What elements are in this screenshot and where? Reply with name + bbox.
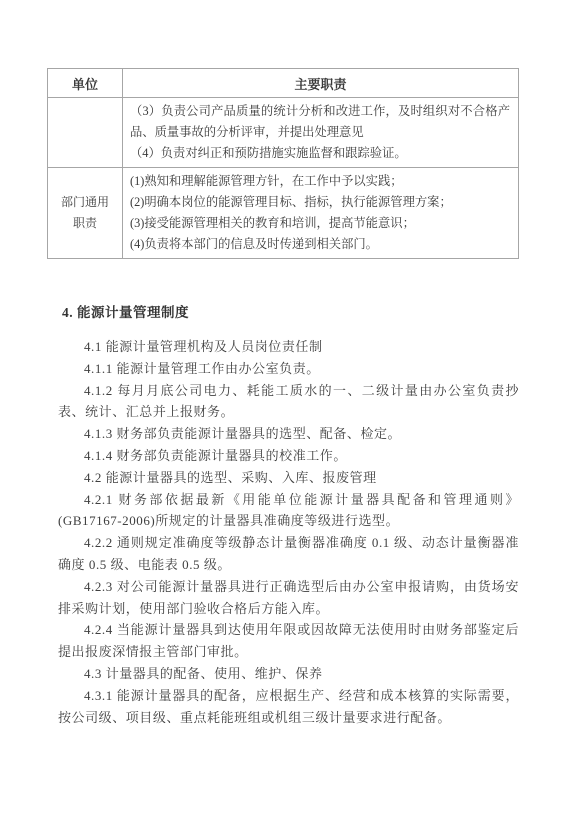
col-header-main-duties: 主要职责	[123, 69, 519, 98]
paragraph: 4.1 能源计量管理机构及人员岗位责任制	[58, 336, 519, 358]
table-row: 部门通用职责 (1)熟知和理解能源管理方针，在工作中予以实践； (2)明确本岗位…	[48, 168, 519, 259]
duty-item: (3)接受能源管理相关的教育和培训，提高节能意识；	[130, 213, 510, 234]
duty-item: （3）负责公司产品质量的统计分析和改进工作，及时组织对不合格产品、质量事故的分析…	[130, 101, 510, 143]
paragraph: 4.1.2 每月月底公司电力、耗能工质水的一、二级计量由办公室负责抄表、统计、汇…	[58, 380, 519, 424]
table-row: （3）负责公司产品质量的统计分析和改进工作，及时组织对不合格产品、质量事故的分析…	[48, 98, 519, 168]
unit-cell-empty	[48, 98, 123, 168]
duties-cell: （3）负责公司产品质量的统计分析和改进工作，及时组织对不合格产品、质量事故的分析…	[123, 98, 519, 168]
paragraph: 4.2.2 通则规定准确度等级静态计量衡器准确度 0.1 级、动态计量衡器准确度…	[58, 532, 519, 576]
col-header-unit: 单位	[48, 69, 123, 98]
paragraph: 4.2.4 当能源计量器具到达使用年限或因故障无法使用时由财务部鉴定后提出报废深…	[58, 619, 519, 663]
unit-cell-department-common: 部门通用职责	[48, 168, 123, 259]
document-body: 4. 能源计量管理制度 4.1 能源计量管理机构及人员岗位责任制 4.1.1 能…	[58, 302, 519, 728]
paragraph: 4.1.4 财务部负责能源计量器具的校准工作。	[58, 445, 519, 467]
paragraph: 4.2.3 对公司能源计量器具进行正确选型后由办公室申报请购，由货场安排采购计划…	[58, 576, 519, 620]
paragraph: 4.1.1 能源计量管理工作由办公室负责。	[58, 358, 519, 380]
paragraph: 4.3 计量器具的配备、使用、维护、保养	[58, 663, 519, 685]
duties-table: 单位 主要职责 （3）负责公司产品质量的统计分析和改进工作，及时组织对不合格产品…	[47, 68, 519, 259]
paragraph: 4.3.1 能源计量器具的配备，应根据生产、经营和成本核算的实际需要，按公司级、…	[58, 685, 519, 729]
duty-item: (2)明确本岗位的能源管理目标、指标，执行能源管理方案；	[130, 192, 510, 213]
duty-item: （4）负责对纠正和预防措施实施监督和跟踪验证。	[130, 143, 510, 164]
duties-cell: (1)熟知和理解能源管理方针，在工作中予以实践； (2)明确本岗位的能源管理目标…	[123, 168, 519, 259]
table-header-row: 单位 主要职责	[48, 69, 519, 98]
duty-item: (4)负责将本部门的信息及时传递到相关部门。	[130, 234, 510, 255]
section-heading: 4. 能源计量管理制度	[58, 302, 519, 324]
paragraph: 4.1.3 财务部负责能源计量器具的选型、配备、检定。	[58, 423, 519, 445]
paragraph: 4.2 能源计量器具的选型、采购、入库、报废管理	[58, 467, 519, 489]
document-page: 单位 主要职责 （3）负责公司产品质量的统计分析和改进工作，及时组织对不合格产品…	[0, 0, 575, 813]
duty-item: (1)熟知和理解能源管理方针，在工作中予以实践；	[130, 171, 510, 192]
paragraph: 4.2.1 财务部依据最新《用能单位能源计量器具配备和管理通则》(GB17167…	[58, 489, 519, 533]
